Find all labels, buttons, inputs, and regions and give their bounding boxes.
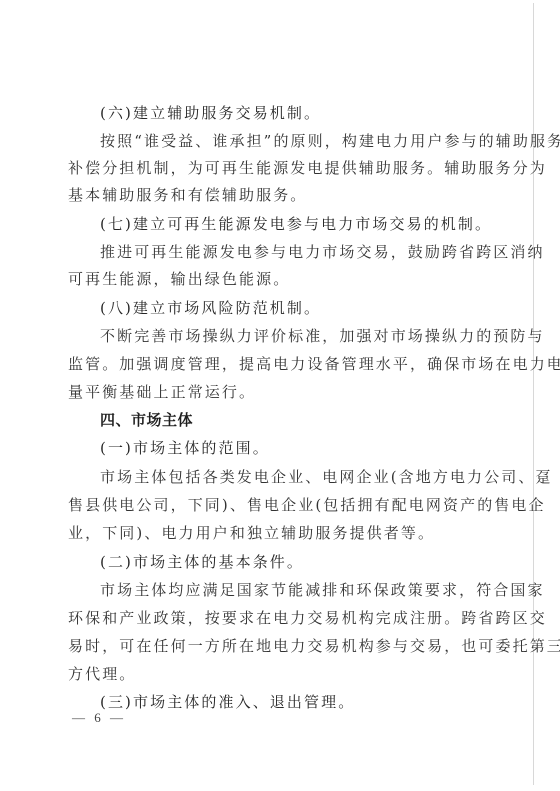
subheading-basic-conditions: (二)市场主体的基本条件。 <box>100 551 480 573</box>
paragraph-line: 市场主体均应满足国家节能减排和环保政策要求，符合国家 <box>100 579 480 601</box>
paragraph-line: 量平衡基础上正常运行。 <box>68 381 480 403</box>
page-edge-divider <box>533 3 534 785</box>
paragraph-line: 补偿分担机制，为可再生能源发电提供辅助服务。辅助服务分为 <box>68 157 480 179</box>
paragraph-line: 推进可再生能源发电参与电力市场交易，鼓励跨省跨区消纳 <box>100 241 480 263</box>
section-heading-market-entities: 四、市场主体 <box>100 409 480 431</box>
paragraph-line: 可再生能源，输出绿色能源。 <box>68 268 480 290</box>
subheading-risk-prevention: (八)建立市场风险防范机制。 <box>100 297 480 319</box>
subheading-auxiliary-services: (六)建立辅助服务交易机制。 <box>100 102 480 124</box>
paragraph-line: 业，下同)、电力用户和独立辅助服务提供者等。 <box>68 522 480 544</box>
subheading-renewable-energy: (七)建立可再生能源发电参与电力市场交易的机制。 <box>100 213 480 235</box>
paragraph-line: 按照“谁受益、谁承担”的原则，构建电力用户参与的辅助服务 <box>100 130 480 152</box>
paragraph-line: 售县供电公司，下同)、售电企业(包括拥有配电网资产的售电企 <box>68 494 480 516</box>
paragraph-line: 易时，可在任何一方所在地电力交易机构参与交易，也可委托第三 <box>68 635 480 657</box>
paragraph-line: 环保和产业政策，按要求在电力交易机构完成注册。跨省跨区交 <box>68 607 480 629</box>
paragraph-line: 市场主体包括各类发电企业、电网企业(含地方电力公司、趸 <box>100 466 480 488</box>
document-page: (六)建立辅助服务交易机制。 按照“谁受益、谁承担”的原则，构建电力用户参与的辅… <box>0 0 560 791</box>
paragraph-line: 方代理。 <box>68 663 480 685</box>
paragraph-line: 监管。加强调度管理，提高电力设备管理水平，确保市场在电力电 <box>68 353 480 375</box>
subheading-scope: (一)市场主体的范围。 <box>100 437 480 459</box>
page-number: — 6 — <box>72 708 126 728</box>
subheading-entry-exit: (三)市场主体的准入、退出管理。 <box>100 691 480 713</box>
paragraph-line: 不断完善市场操纵力评价标准，加强对市场操纵力的预防与 <box>100 325 480 347</box>
paragraph-line: 基本辅助服务和有偿辅助服务。 <box>68 184 480 206</box>
